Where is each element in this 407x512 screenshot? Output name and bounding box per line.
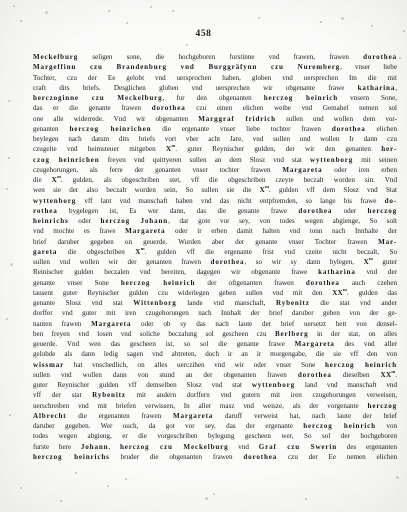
text-line: wen sie der also beczalt worden sein, So… xyxy=(33,185,397,195)
text-run: in der stat, on alles xyxy=(309,330,397,338)
text-line: Albrecht die ergenanten frawen Margareta… xyxy=(33,411,397,421)
text-line: rothea bygelegen ist, Es wer dann, das d… xyxy=(33,206,397,216)
spaced-name: dorothea xyxy=(332,125,366,133)
text-run: vff lant vnd manschaft haben vnd das nic… xyxy=(76,197,384,205)
spaced-name: Albrecht xyxy=(33,412,66,420)
spaced-name: Margareta xyxy=(295,340,335,348)
superscript-m: m xyxy=(369,257,373,261)
text-run: elichen xyxy=(366,125,397,133)
scan-speck xyxy=(9,414,11,416)
text-run: auch czehen xyxy=(340,279,397,287)
text-line: heinrichs oder herczog Johann, dar gote … xyxy=(33,216,397,226)
text-run: one alle widerrede. Vnd wir obgenanten xyxy=(33,115,198,123)
text-run: die xyxy=(33,176,52,184)
text-line: guter Reynischer gulden vff demselben Sl… xyxy=(33,380,397,390)
spaced-name: Margareta xyxy=(173,412,213,420)
text-line: genanten herczog heinrichen die ergenant… xyxy=(33,124,397,134)
text-run: lande vnd manschaft, xyxy=(177,299,276,307)
text-run: , dar gote vor sey, von todes wegen abgi… xyxy=(168,217,397,225)
text-line: die Xm. gulden, als obgeschriben stet, v… xyxy=(33,175,397,185)
text-line: vff der stat Rybenitz mit andern dorffer… xyxy=(33,390,397,400)
text-run: daruff verweist hat, nach laute der brie… xyxy=(213,412,397,420)
text-run: oder xyxy=(69,217,101,225)
roman-numeral: XX xyxy=(381,371,392,379)
text-line: das er die genante frawen dorothea czu e… xyxy=(33,103,397,113)
scan-speck xyxy=(341,17,344,20)
spaced-name: Margareta xyxy=(91,320,131,328)
scan-speck xyxy=(258,17,260,19)
text-run: , so wir sy dann bylegen, xyxy=(244,258,363,266)
spaced-name: gareta xyxy=(33,248,57,256)
text-run: wen sie der also beczalt worden sein, So… xyxy=(33,186,260,194)
scan-speck xyxy=(396,476,399,479)
text-run: czugehorungen, als ferre der genanten vn… xyxy=(33,166,282,174)
text-line: vnd mochte es frawe Margareta oder ir er… xyxy=(33,226,397,236)
scan-speck xyxy=(8,100,10,102)
text-line: dorffer vnd guter mit iren czugehorungen… xyxy=(33,308,397,318)
text-run: genanten xyxy=(33,125,69,133)
spaced-name: katharina xyxy=(318,268,356,276)
superscript-m: m xyxy=(391,370,395,374)
spaced-name: Mar- xyxy=(378,238,397,246)
text-run: die obgeschriben xyxy=(57,248,135,256)
text-line: craft dits briefs. Desglichen globen vnd… xyxy=(33,83,397,93)
text-line: todes wegen abgieng, er die vorgeschribe… xyxy=(33,431,397,441)
spaced-name: Rybenitz xyxy=(276,299,310,307)
text-line: Meckelburg seligen sone, die hochgeboren… xyxy=(33,52,397,62)
spaced-name: dorothea xyxy=(243,453,277,461)
text-line: uerschreiben vnd mit briefen verwissen, … xyxy=(33,401,397,411)
scan-speck xyxy=(399,57,401,59)
text-run: uerschreiben vnd mit briefen verwissen, … xyxy=(33,402,368,410)
text-line: one alle widerrede. Vnd wir obgenanten M… xyxy=(33,114,397,124)
text-run: seligen sone, die hochgeboren furstinne … xyxy=(78,53,363,61)
text-run: der oftgenanten frawen xyxy=(195,279,306,287)
text-run: . gulden das xyxy=(347,289,397,297)
text-run: , xyxy=(108,443,120,451)
text-run: die ergenanten frawen xyxy=(66,412,173,420)
text-run: . guter Reynischer gulden, der wir den g… xyxy=(175,145,381,153)
text-run: hat vnschedlich, on alles uerczihen vnd … xyxy=(64,361,325,369)
spaced-name: rothea xyxy=(33,207,58,215)
spaced-name: herczog xyxy=(368,207,397,215)
spaced-name: czog heinrichen xyxy=(33,156,100,164)
scan-speck xyxy=(60,500,62,502)
text-run: daruber gegeben. Wer ouch, da got vor se… xyxy=(33,422,303,430)
scan-speck xyxy=(75,472,77,474)
text-line: herczoginne czu Meckelburg, fur den obge… xyxy=(33,93,397,103)
spaced-name: wyttenborg xyxy=(252,381,295,389)
text-run: freyen vnd quittyeren sullen an dem Slos… xyxy=(100,156,310,164)
spaced-name: Marggraf fridrich xyxy=(198,115,276,123)
superscript-m: m xyxy=(171,144,175,148)
scan-speck xyxy=(13,5,15,7)
text-line: genante vnser Sone herczog heinrich der … xyxy=(33,278,397,288)
superscript-m: m xyxy=(57,175,61,179)
scan-speck xyxy=(108,10,110,12)
spaced-name: Wittenborg xyxy=(133,299,176,307)
text-line: czugelte vnd heimsteuer mitgeben Xm. gut… xyxy=(33,144,397,154)
scan-speck xyxy=(186,44,188,46)
text-run: todes wegen abgieng, er die vorgeschribe… xyxy=(33,432,397,440)
text-run: Tochter, czu der Ee gelobt vnd uersproch… xyxy=(33,74,397,82)
text-run: genante vnser Sone xyxy=(33,279,121,287)
text-line: Tochter, czu der Ee gelobt vnd uersproch… xyxy=(33,73,397,83)
spaced-name: herczog heinrich xyxy=(303,422,376,430)
text-run: dieselben xyxy=(332,371,381,379)
text-run: sullen vnd wollen dann von stund an der … xyxy=(33,371,298,379)
scan-speck xyxy=(126,22,128,24)
spaced-name: dorothea xyxy=(298,207,332,215)
text-line: Margeffinn czu Brandenburg vnd Burggräfy… xyxy=(33,62,397,72)
scan-speck xyxy=(371,25,373,27)
text-line: brief daruber gegeben on geuerde. Wurden… xyxy=(33,237,397,247)
scan-speck xyxy=(320,21,322,23)
spaced-name: katharina xyxy=(358,84,396,92)
text-run: vnd mochte es frawe xyxy=(33,227,125,235)
text-run: vnsern Sone, xyxy=(338,94,397,102)
text-run: vff der stat xyxy=(33,391,92,399)
text-run: oder ir erben damit halten vnd tonn nach… xyxy=(165,227,397,235)
text-run: oder iren erben xyxy=(323,166,397,174)
spaced-name: Margareta xyxy=(125,227,165,235)
text-run: geuerde. Vnd wen das gescheen ist, so so… xyxy=(33,340,295,348)
spaced-name: herczog czu Meckelburg xyxy=(120,443,229,451)
spaced-name: herczog heinrich xyxy=(325,361,397,369)
text-run: . gulden, als obgeschriben stet, vff die… xyxy=(61,176,397,184)
scan-speck xyxy=(172,10,174,12)
text-line: furste here Johann, herczog czu Meckelbu… xyxy=(33,442,397,452)
scan-speck xyxy=(403,30,405,32)
spaced-name: heinrichs xyxy=(33,217,69,225)
spaced-name: Graf czu Swerin xyxy=(259,443,337,451)
text-run: von xyxy=(376,422,397,430)
text-run: das er die genante frawen xyxy=(33,104,152,112)
text-run: craft dits briefs. Desglichen globen vnd… xyxy=(33,84,358,92)
text-run: genante Slosz vnd stat xyxy=(33,299,133,307)
text-line: beylegen nach datum dits briefs vort vbe… xyxy=(33,134,397,144)
text-line: sullen vnd wollen wir der genanten frawe… xyxy=(33,257,397,267)
text-line: gelubde als dann ledig sagen vnd abtrete… xyxy=(33,349,397,359)
spaced-name: herczog heinrichs xyxy=(33,453,110,461)
spaced-name: dorothea xyxy=(152,104,186,112)
spaced-name: herczog heinrichen xyxy=(69,125,151,133)
text-line: Reinischer gulden beczalen vnd bereiten,… xyxy=(33,267,397,277)
text-run: mit andern dorffern vnd gutern mit iren … xyxy=(126,391,397,399)
text-run: brief daruber gegeben on geuerde. Wurden… xyxy=(33,238,378,246)
text-run: ben freyen vnd losen vnd soliche beczalu… xyxy=(33,330,275,338)
text-run: bygelegen ist, Es wer dann, das die gena… xyxy=(58,207,299,215)
text-line: daruber gegeben. Wer ouch, da got vor se… xyxy=(33,421,397,431)
superscript-m: m xyxy=(265,185,269,189)
text-run: beylegen nach datum dits briefs vort vbe… xyxy=(33,135,397,143)
text-line: herczog heinrichs bruder die obgenanten … xyxy=(33,452,397,462)
spaced-name: dorothea xyxy=(298,371,332,379)
text-run: . gulden vff die ergenante frist vnd cze… xyxy=(145,248,397,256)
spaced-name: herczog Johann xyxy=(101,217,169,225)
text-run: czugelte vnd heimsteuer mitgeben xyxy=(33,145,166,153)
spaced-name: Berlberg xyxy=(275,330,309,338)
text-run: czu einen elichen weibe vnd Gemahel neme… xyxy=(186,104,397,112)
page-number: 458 xyxy=(0,29,407,39)
text-line: wissmar hat vnschedlich, on alles uerczi… xyxy=(33,360,397,370)
scanned-page: 458 Meckelburg seligen sone, die hochgeb… xyxy=(0,0,407,512)
superscript-m: m xyxy=(343,288,347,292)
spaced-name: herczoginne czu Meckelburg xyxy=(33,94,163,102)
scan-speck xyxy=(6,318,8,320)
text-run: guter Reynischer gulden vff demselben Sl… xyxy=(33,381,252,389)
text-run: sullen vnd wollen wir der genanten frawe… xyxy=(33,258,211,266)
text-run: oder xyxy=(332,207,367,215)
text-run: mit seinen xyxy=(353,156,397,164)
text-run: . xyxy=(395,371,397,379)
text-run: gelubde als dann ledig sagen vnd abtrete… xyxy=(33,350,397,358)
text-run: Reinischer gulden beczalen vnd bereiten,… xyxy=(33,268,318,276)
scan-speck xyxy=(20,487,22,489)
text-line: nanten frawen Margareta oder ob sy das n… xyxy=(33,319,397,329)
roman-numeral: XX xyxy=(332,289,343,297)
spaced-name: wissmar xyxy=(33,361,64,369)
text-line: ben freyen vnd losen vnd soliche beczalu… xyxy=(33,329,397,339)
text-run: die stat vnd ander xyxy=(310,299,397,307)
roman-numeral: X xyxy=(135,248,140,256)
spaced-name: wyttenborg xyxy=(33,197,76,205)
text-run: tausent guter Reynischer gulden czu wide… xyxy=(33,289,332,297)
text-run: , fur den obgenanten xyxy=(163,94,264,102)
spaced-name: do- xyxy=(385,197,397,205)
spaced-name: dorothea xyxy=(211,258,245,266)
text-run: vnd der xyxy=(356,268,397,276)
scan-speck xyxy=(8,157,10,159)
text-run: . gulden vff dem Slosz vnd Stat xyxy=(269,186,397,194)
scan-speck xyxy=(45,11,48,14)
text-run: des vnd aller xyxy=(335,340,397,348)
text-run: , vnser liebe xyxy=(340,63,397,71)
scan-speck xyxy=(125,478,127,480)
text-run: nanten frawen xyxy=(33,320,91,328)
text-run: die ergenante vnser liebe tochter frawen xyxy=(151,125,331,133)
scan-speck xyxy=(6,188,8,190)
text-run: guter xyxy=(373,258,397,266)
text-run: dorffer vnd guter mit iren czugehorungen… xyxy=(33,309,397,317)
spaced-name: Margeffinn czu Brandenburg vnd Burggräfy… xyxy=(33,63,340,71)
text-line: czugehorungen, als ferre der genanten vn… xyxy=(33,165,397,175)
spaced-name: herczog xyxy=(368,402,397,410)
text-run: sullen und wollen dem vor- xyxy=(276,115,397,123)
spaced-name: Rybenitz xyxy=(92,391,126,399)
text-line: genante Slosz vnd stat Wittenborg lande … xyxy=(33,298,397,308)
text-line: czog heinrichen freyen vnd quittyeren su… xyxy=(33,155,397,165)
spaced-name: Margareta xyxy=(282,166,322,174)
text-run: land vnd manschaft vnd xyxy=(295,381,397,389)
text-run: oder ob sy das nach laute der brief uers… xyxy=(131,320,397,328)
text-line: tausent guter Reynischer gulden czu wide… xyxy=(33,288,397,298)
spaced-name: Meckelburg xyxy=(33,53,78,61)
text-run: des ergenanten xyxy=(337,443,397,451)
text-block: Meckelburg seligen sone, die hochgeboren… xyxy=(33,52,397,462)
scan-speck xyxy=(205,497,208,500)
scan-speck xyxy=(10,263,13,266)
scan-speck xyxy=(150,6,152,8)
spaced-name: Johann xyxy=(81,443,109,451)
text-run: bruder die obgenanten frawen xyxy=(110,453,244,461)
scan-speck xyxy=(107,485,109,487)
text-line: sullen vnd wollen dann von stund an der … xyxy=(33,370,397,380)
text-run: , xyxy=(395,84,397,92)
spaced-name: her- xyxy=(381,145,397,153)
text-line: wyttenborg vff lant vnd manschaft haben … xyxy=(33,196,397,206)
spaced-name: wyttenborg xyxy=(310,156,353,164)
spaced-name: dorothea xyxy=(363,53,397,61)
spaced-name: dorothea xyxy=(306,279,340,287)
text-line: geuerde. Vnd wen das gescheen ist, so so… xyxy=(33,339,397,349)
text-line: gareta die obgeschriben Xm. gulden vff d… xyxy=(33,247,397,257)
scan-speck xyxy=(213,493,215,495)
text-run: czu der Ee nemen elichen xyxy=(277,453,397,461)
spaced-name: herczog heinrich xyxy=(121,279,195,287)
superscript-m: m xyxy=(141,247,145,251)
text-run: vnd xyxy=(229,443,259,451)
text-run: furste here xyxy=(33,443,81,451)
spaced-name: herczog heinrich xyxy=(264,94,338,102)
scan-speck xyxy=(20,20,22,22)
scan-speck xyxy=(305,498,307,500)
